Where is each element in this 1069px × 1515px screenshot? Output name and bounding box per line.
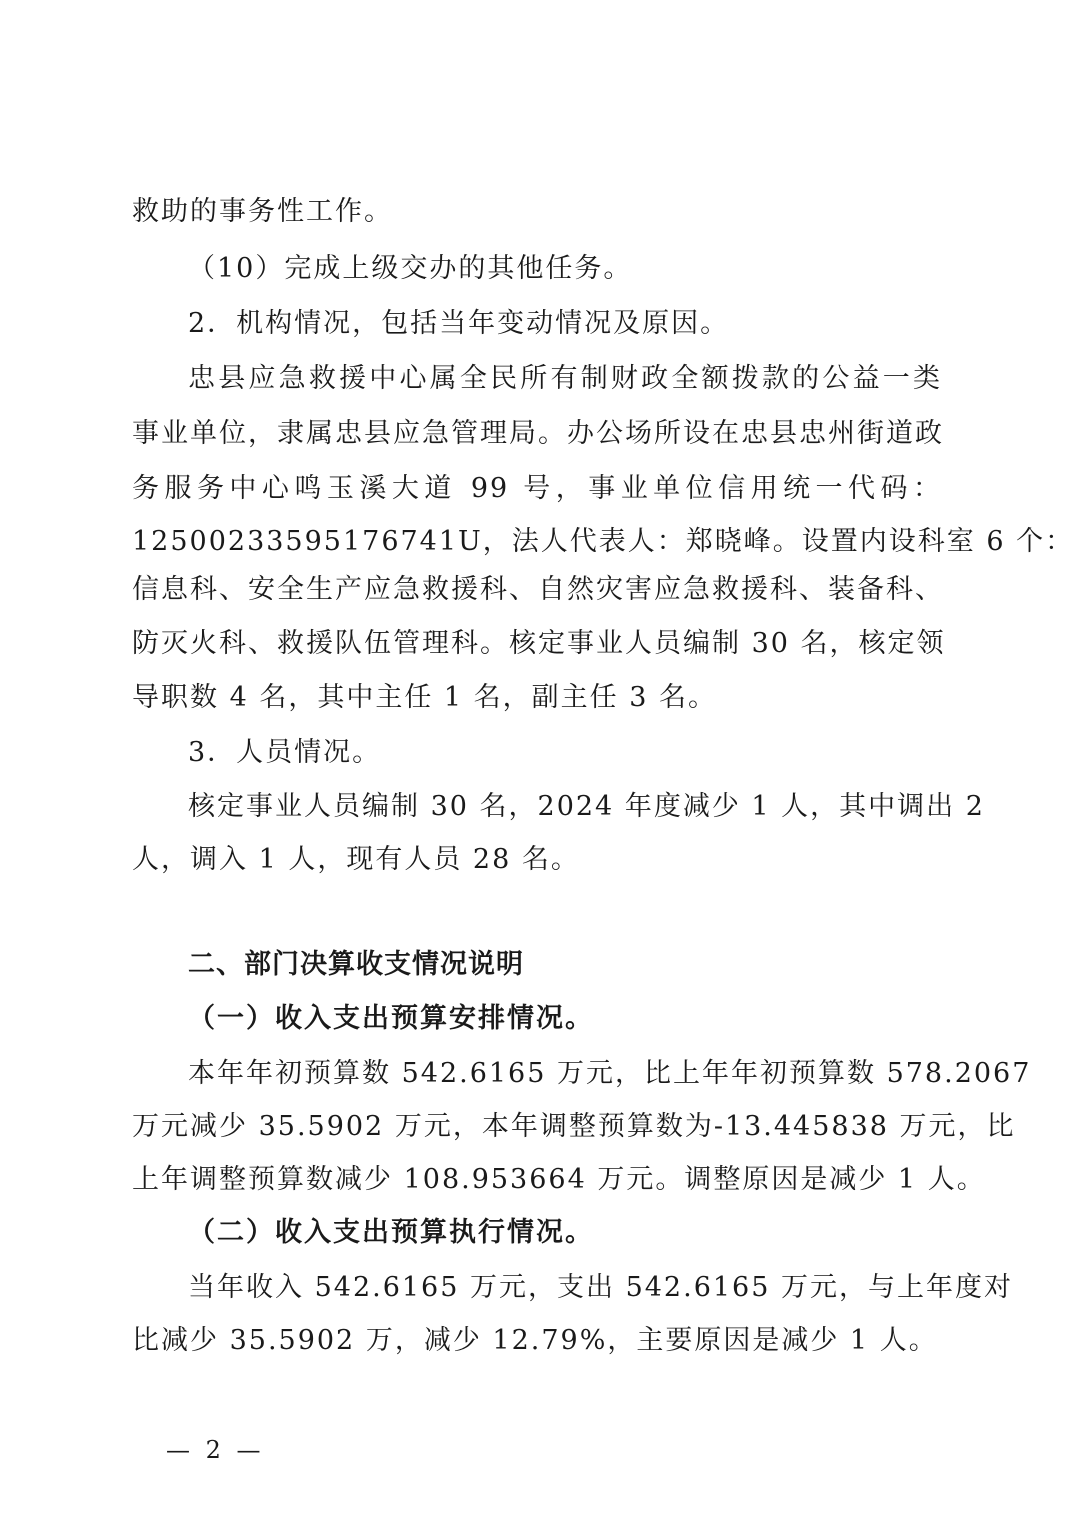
body-text-line: 12500233595176741U，法人代表人：郑晓峰。设置内设科室 6 个： [132,528,942,555]
document-page: 救助的事务性工作。 （10）完成上级交办的其他任务。 2．机构情况，包括当年变动… [0,0,1069,1515]
section-subtitle-personnel: 3．人员情况。 [188,739,942,766]
body-text-line: 人，调入 1 人，现有人员 28 名。 [132,846,942,873]
body-text-line: 万元减少 35.5902 万元，本年调整预算数为-13.445838 万元，比 [132,1113,942,1140]
subsection-heading: （一）收入支出预算安排情况。 [188,1005,942,1032]
body-text-line: 当年收入 542.6165 万元，支出 542.6165 万元，与上年度对 [188,1274,942,1301]
body-text-line: 导职数 4 名，其中主任 1 名，副主任 3 名。 [132,684,942,711]
body-text-line: 核定事业人员编制 30 名，2024 年度减少 1 人，其中调出 2 [188,793,942,820]
page-number: — 2 — [166,1436,265,1464]
list-item-10: （10）完成上级交办的其他任务。 [188,255,942,282]
section-heading: 二、部门决算收支情况说明 [188,951,942,978]
body-text-line: 本年年初预算数 542.6165 万元，比上年年初预算数 578.2067 [188,1060,942,1087]
subsection-heading: （二）收入支出预算执行情况。 [188,1219,942,1246]
body-text-line: 忠县应急救援中心属全民所有制财政全额拨款的公益一类 [188,365,942,392]
body-text-line: 防灭火科、救援队伍管理科。核定事业人员编制 30 名，核定领 [132,630,942,657]
body-text-line: 比减少 35.5902 万，减少 12.79%，主要原因是减少 1 人。 [132,1327,942,1354]
body-text-line: 事业单位，隶属忠县应急管理局。办公场所设在忠县忠州街道政 [132,420,942,447]
body-text-line: 信息科、安全生产应急救援科、自然灾害应急救援科、装备科、 [132,576,942,603]
body-text-line: 上年调整预算数减少 108.953664 万元。调整原因是减少 1 人。 [132,1166,942,1193]
body-text-line: 务服务中心鸣玉溪大道 99 号，事业单位信用统一代码： [132,475,942,502]
section-subtitle-institution: 2．机构情况，包括当年变动情况及原因。 [188,310,942,337]
body-text-line: 救助的事务性工作。 [132,198,942,225]
